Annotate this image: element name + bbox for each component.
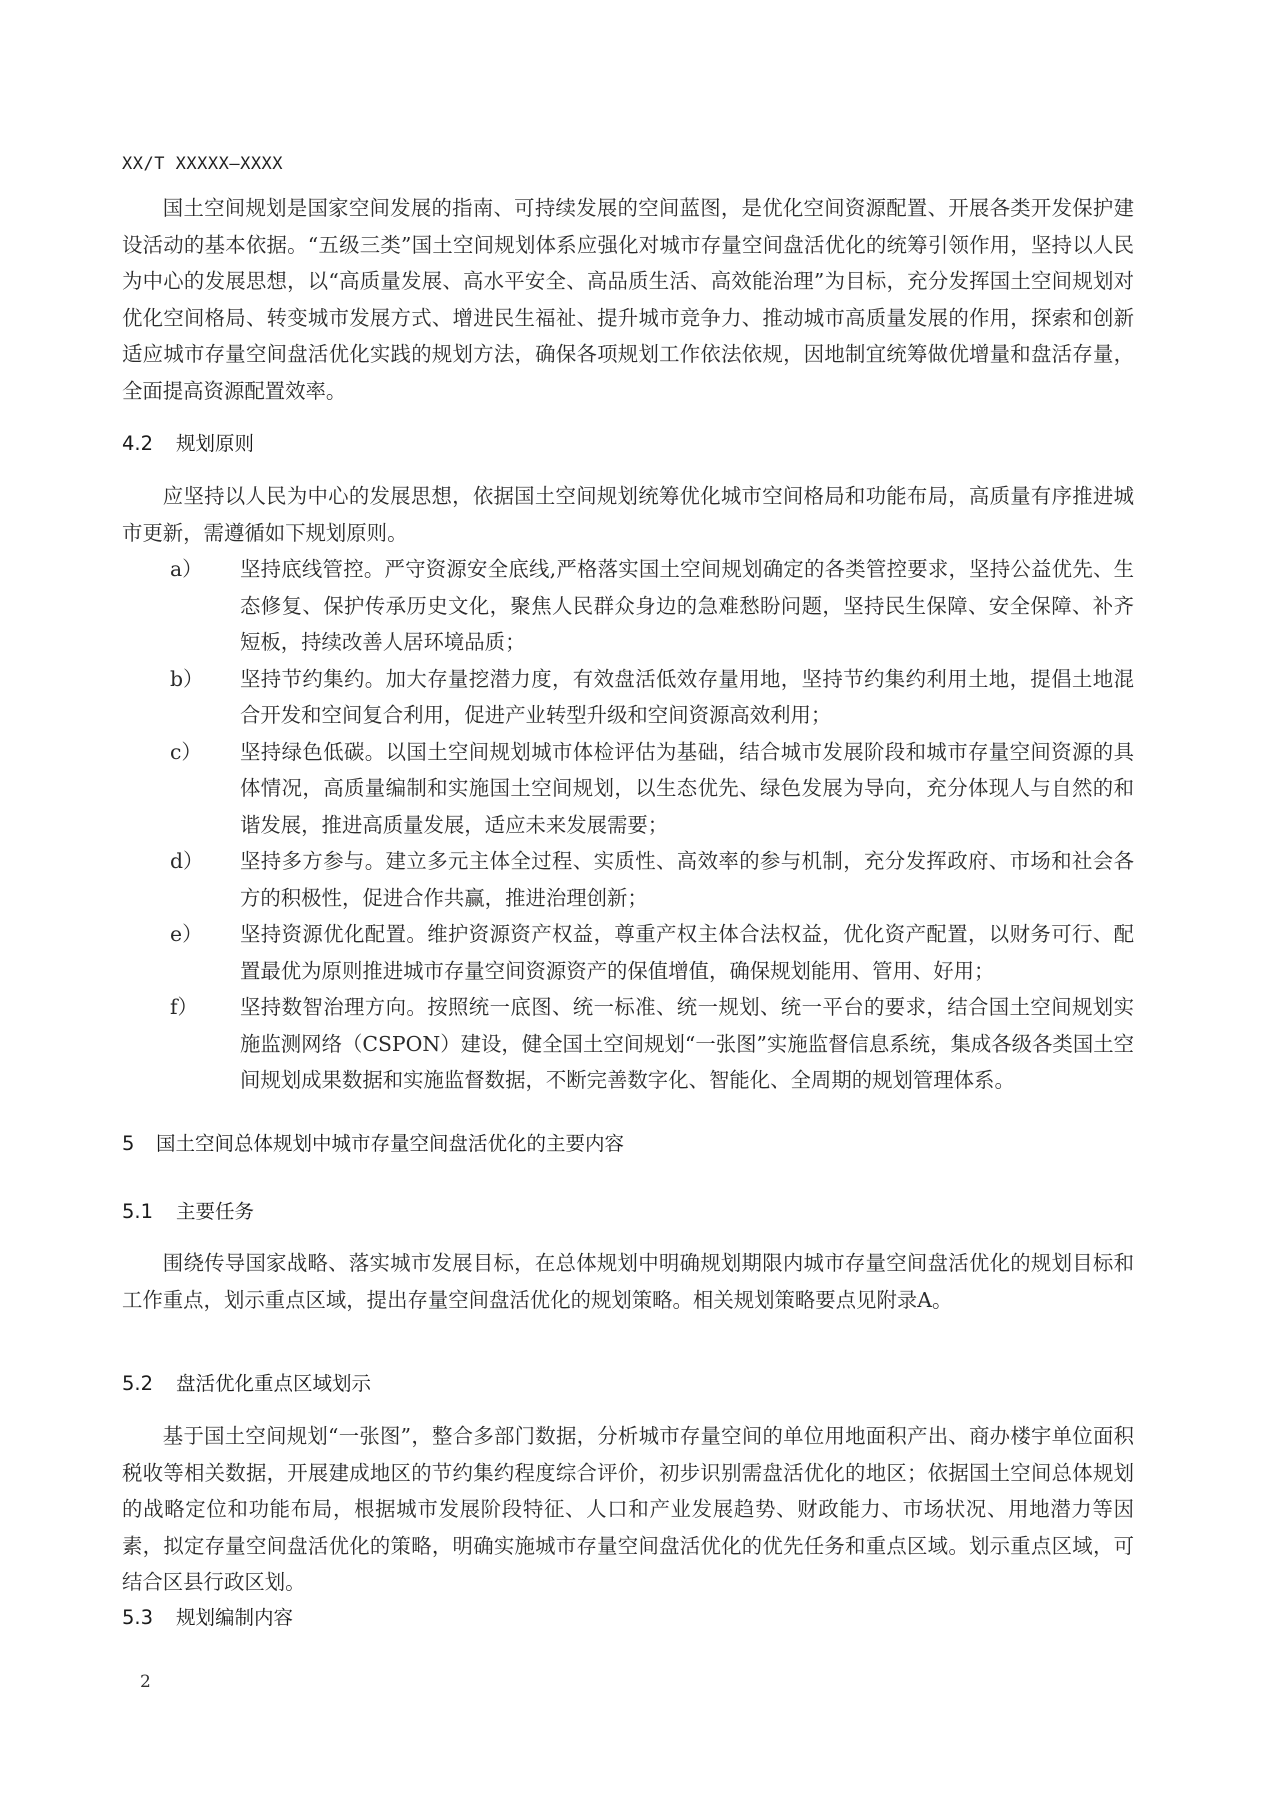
section-5-3-heading: 5.3规划编制内容 <box>122 1602 293 1630</box>
section-5-1-paragraph-block: 围绕传导国家战略、落实城市发展目标，在总体规划中明确规划期限内城市存量空间盘活优… <box>122 1245 1134 1318</box>
section-title: 盘活优化重点区域划示 <box>176 1372 371 1395</box>
section-number: 5.3 <box>122 1606 176 1629</box>
list-marker: b） <box>122 661 240 734</box>
section-number: 5.1 <box>122 1200 176 1223</box>
section-4-2-intro-block: 应坚持以人民为中心的发展思想，依据国土空间规划统筹优化城市空间格局和功能布局，高… <box>122 478 1134 551</box>
section-5-1-heading: 5.1主要任务 <box>122 1196 254 1224</box>
list-item: b） 坚持节约集约。加大存量挖潜力度，有效盘活低效存量用地，坚持节约集约利用土地… <box>122 661 1134 734</box>
section-5-1-paragraph: 围绕传导国家战略、落实城市发展目标，在总体规划中明确规划期限内城市存量空间盘活优… <box>122 1245 1134 1318</box>
section-number: 4.2 <box>122 432 176 455</box>
list-item-text: 坚持底线管控。严守资源安全底线,严格落实国土空间规划确定的各类管控要求，坚持公益… <box>240 551 1134 661</box>
section-title: 主要任务 <box>176 1200 254 1223</box>
list-item: f） 坚持数智治理方向。按照统一底图、统一标准、统一规划、统一平台的要求，结合国… <box>122 989 1134 1099</box>
list-item: e） 坚持资源优化配置。维护资源资产权益，尊重产权主体合法权益，优化资产配置，以… <box>122 916 1134 989</box>
list-item-text: 坚持绿色低碳。以国土空间规划城市体检评估为基础，结合城市发展阶段和城市存量空间资… <box>240 734 1134 844</box>
list-item-text: 坚持资源优化配置。维护资源资产权益，尊重产权主体合法权益，优化资产配置，以财务可… <box>240 916 1134 989</box>
section-title: 国土空间总体规划中城市存量空间盘活优化的主要内容 <box>156 1132 624 1155</box>
standard-code: XX/T XXXXX—XXXX <box>122 154 283 174</box>
document-page: XX/T XXXXX—XXXX 国土空间规划是国家空间发展的指南、可持续发展的空… <box>0 0 1280 1809</box>
list-marker: e） <box>122 916 240 989</box>
list-marker: f） <box>122 989 240 1099</box>
section-title: 规划原则 <box>176 432 254 455</box>
intro-paragraph-block: 国土空间规划是国家空间发展的指南、可持续发展的空间蓝图，是优化空间资源配置、开展… <box>122 190 1134 409</box>
section-number: 5.2 <box>122 1372 176 1395</box>
section-title: 规划编制内容 <box>176 1606 293 1629</box>
list-marker: c） <box>122 734 240 844</box>
list-item-text: 坚持节约集约。加大存量挖潜力度，有效盘活低效存量用地，坚持节约集约利用土地，提倡… <box>240 661 1134 734</box>
page-number: 2 <box>140 1672 151 1692</box>
list-marker: a） <box>122 551 240 661</box>
list-item-text: 坚持多方参与。建立多元主体全过程、实质性、高效率的参与机制，充分发挥政府、市场和… <box>240 843 1134 916</box>
list-item-text: 坚持数智治理方向。按照统一底图、统一标准、统一规划、统一平台的要求，结合国土空间… <box>240 989 1134 1099</box>
list-item: d） 坚持多方参与。建立多元主体全过程、实质性、高效率的参与机制，充分发挥政府、… <box>122 843 1134 916</box>
section-5-2-heading: 5.2盘活优化重点区域划示 <box>122 1368 371 1396</box>
list-item: a） 坚持底线管控。严守资源安全底线,严格落实国土空间规划确定的各类管控要求，坚… <box>122 551 1134 661</box>
section-5-2-paragraph-block: 基于国土空间规划“一张图”，整合多部门数据，分析城市存量空间的单位用地面积产出、… <box>122 1418 1134 1601</box>
section-number: 5 <box>122 1132 156 1155</box>
section-5-2-paragraph: 基于国土空间规划“一张图”，整合多部门数据，分析城市存量空间的单位用地面积产出、… <box>122 1418 1134 1601</box>
list-marker: d） <box>122 843 240 916</box>
section-5-heading: 5国土空间总体规划中城市存量空间盘活优化的主要内容 <box>122 1128 624 1156</box>
intro-paragraph: 国土空间规划是国家空间发展的指南、可持续发展的空间蓝图，是优化空间资源配置、开展… <box>122 190 1134 409</box>
list-item: c） 坚持绿色低碳。以国土空间规划城市体检评估为基础，结合城市发展阶段和城市存量… <box>122 734 1134 844</box>
principles-list: a） 坚持底线管控。严守资源安全底线,严格落实国土空间规划确定的各类管控要求，坚… <box>122 551 1134 1099</box>
section-4-2-intro: 应坚持以人民为中心的发展思想，依据国土空间规划统筹优化城市空间格局和功能布局，高… <box>122 478 1134 551</box>
section-4-2-heading: 4.2规划原则 <box>122 428 254 456</box>
